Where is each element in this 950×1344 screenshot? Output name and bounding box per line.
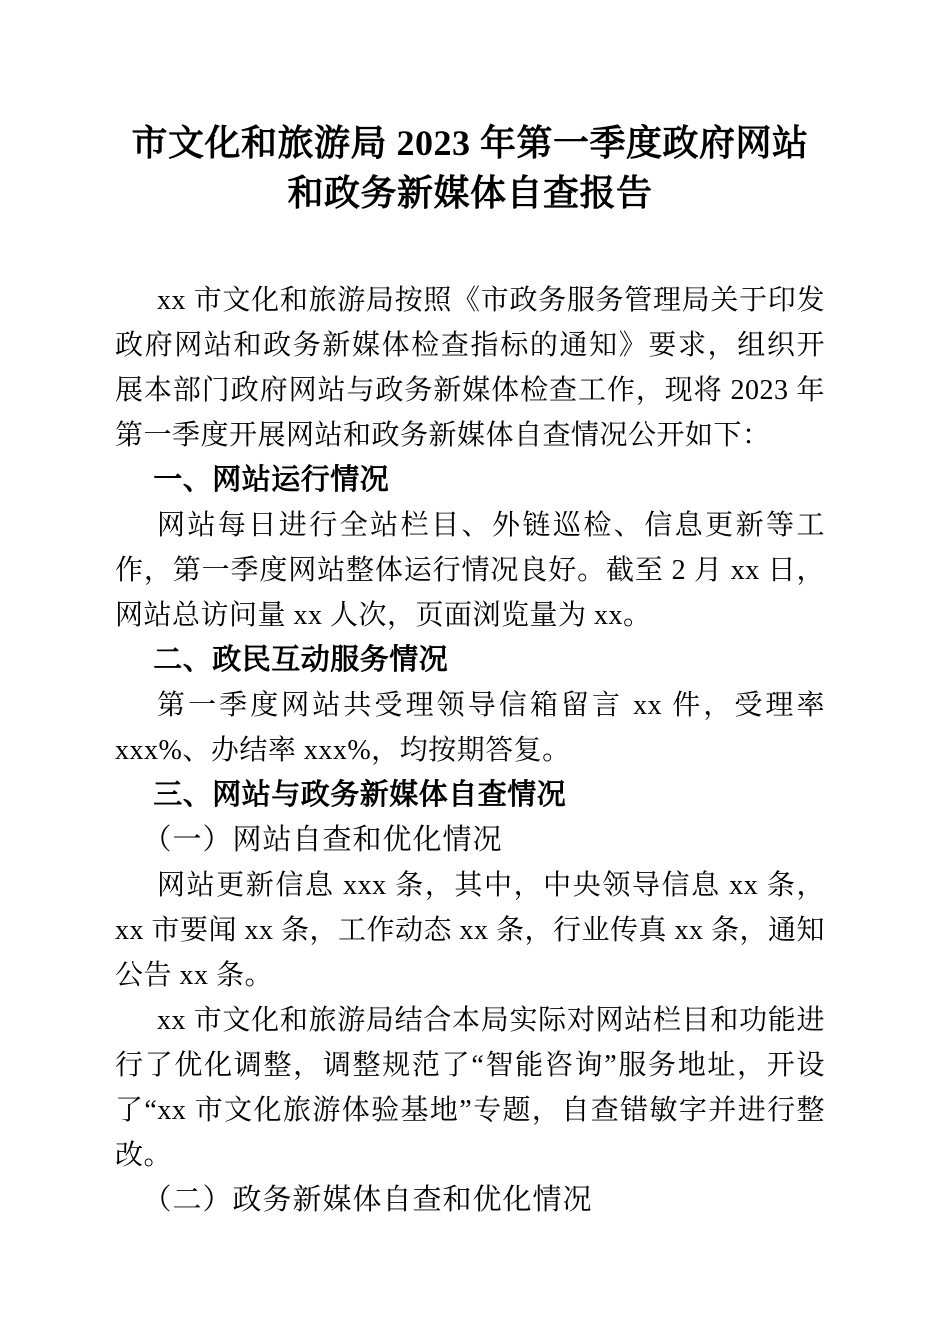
document-title: 市文化和旅游局 2023 年第一季度政府网站和政务新媒体自查报告 (115, 118, 825, 218)
document-page: 市文化和旅游局 2023 年第一季度政府网站和政务新媒体自查报告 xx 市文化和… (0, 0, 950, 1344)
website-optimization-paragraph: xx 市文化和旅游局结合本局实际对网站栏目和功能进行了优化调整，调整规范了“智能… (115, 998, 825, 1178)
subsection-heading-website-self-check: （一）网站自查和优化情况 (115, 818, 825, 863)
website-update-stats-paragraph: 网站更新信息 xxx 条，其中，中央领导信息 xx 条，xx 市要闻 xx 条，… (115, 863, 825, 998)
section-heading-self-inspection: 三、网站与政务新媒体自查情况 (115, 773, 825, 818)
website-operation-paragraph: 网站每日进行全站栏目、外链巡检、信息更新等工作，第一季度网站整体运行情况良好。截… (115, 503, 825, 638)
intro-paragraph: xx 市文化和旅游局按照《市政务服务管理局关于印发政府网站和政务新媒体检查指标的… (115, 278, 825, 458)
section-heading-website-operation: 一、网站运行情况 (115, 458, 825, 503)
section-heading-public-interaction: 二、政民互动服务情况 (115, 638, 825, 683)
public-interaction-paragraph: 第一季度网站共受理领导信箱留言 xx 件，受理率 xxx%、办结率 xxx%，均… (115, 683, 825, 773)
subsection-heading-new-media-self-check: （二）政务新媒体自查和优化情况 (115, 1178, 825, 1223)
